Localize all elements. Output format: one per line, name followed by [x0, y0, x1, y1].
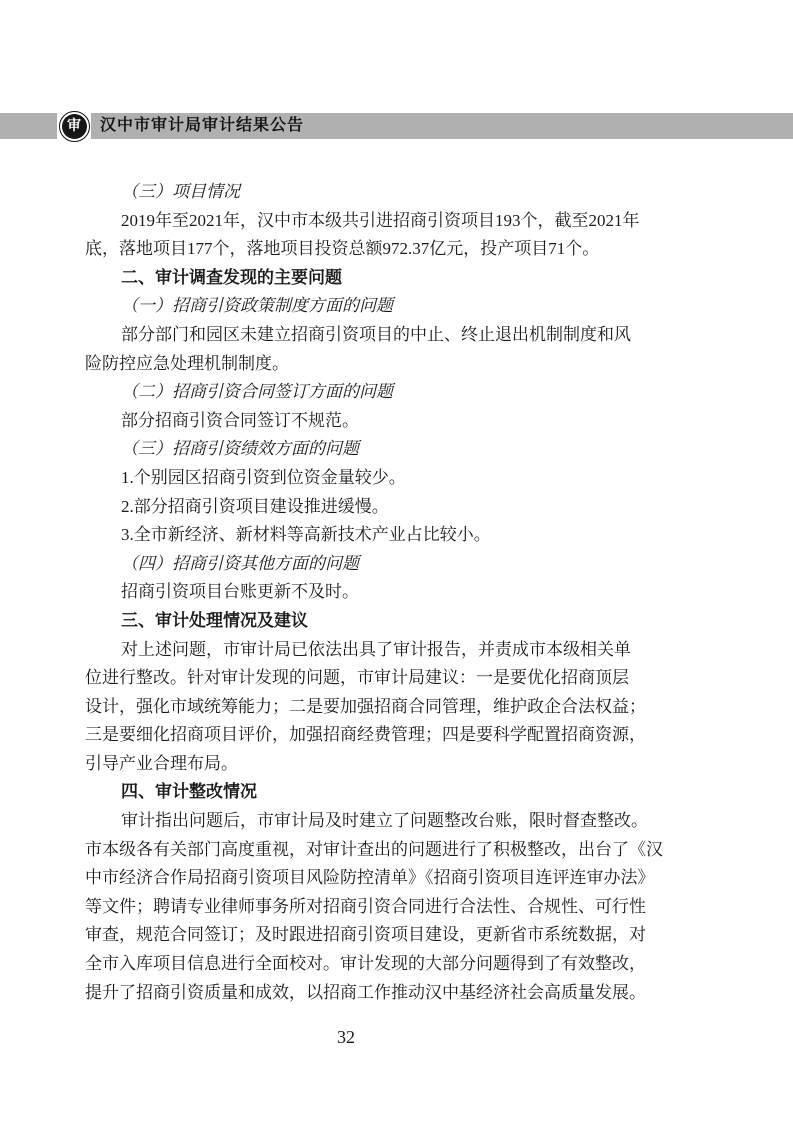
document-page: 审 汉中市审计局审计结果公告 （三）项目情况 2019年至2021年，汉中市本级… [0, 0, 793, 1122]
text-line: 等文件；聘请专业律师事务所对招商引资合同进行合法性、合规性、可行性 [85, 893, 607, 922]
text-line: 1.个别园区招商引资到位资金量较少。 [85, 464, 607, 493]
text-line: （三）招商引资绩效方面的问题 [85, 435, 607, 464]
text-line: 位进行整改。针对审计发现的问题，市审计局建议：一是要优化招商顶层 [85, 664, 607, 693]
text-line: （一）招商引资政策制度方面的问题 [85, 292, 607, 321]
section-heading: 二、审计调查发现的主要问题 [85, 264, 607, 293]
text-line: 中市经济合作局招商引资项目风险防控清单》《招商引资项目连评连审办法》 [85, 864, 607, 893]
text-line: 市本级各有关部门高度重视，对审计查出的问题进行了积极整改，出台了《汉 [85, 836, 607, 865]
text-line: 设计，强化市域统筹能力；二是要加强招商合同管理，维护政企合法权益； [85, 693, 607, 722]
text-line: 对上述问题，市审计局已依法出具了审计报告，并责成市本级相关单 [85, 636, 607, 665]
text-line: 3.全市新经济、新材料等高新技术产业占比较小。 [85, 521, 607, 550]
header-bar: 审 汉中市审计局审计结果公告 [0, 113, 793, 139]
text-line: 2.部分招商引资项目建设推进缓慢。 [85, 493, 607, 522]
audit-seal-logo: 审 [57, 107, 91, 145]
text-line: （四）招商引资其他方面的问题 [85, 550, 607, 579]
text-line: 招商引资项目台账更新不及时。 [85, 578, 607, 607]
header-title: 汉中市审计局审计结果公告 [100, 113, 304, 139]
text-line: 底，落地项目177个，落地项目投资总额972.37亿元，投产项目71个。 [85, 235, 607, 264]
section-heading: 四、审计整改情况 [85, 778, 607, 807]
text-line: 引导产业合理布局。 [85, 750, 607, 779]
text-line: 2019年至2021年，汉中市本级共引进招商引资项目193个，截至2021年 [85, 207, 607, 236]
text-line: 审查，规范合同签订；及时跟进招商引资项目建设，更新省市系统数据，对 [85, 921, 607, 950]
text-line: 全市入库项目信息进行全面校对。审计发现的大部分问题得到了有效整改， [85, 950, 607, 979]
document-content: （三）项目情况 2019年至2021年，汉中市本级共引进招商引资项目193个，截… [85, 178, 607, 1007]
text-line: 部分招商引资合同签订不规范。 [85, 407, 607, 436]
seal-character-icon: 审 [62, 114, 87, 139]
page-number: 32 [85, 1027, 607, 1048]
section-heading: 三、审计处理情况及建议 [85, 607, 607, 636]
text-line: 三是要细化招商项目评价，加强招商经费管理；四是要科学配置招商资源， [85, 721, 607, 750]
text-line: 提升了招商引资质量和成效，以招商工作推动汉中基经济社会高质量发展。 [85, 979, 607, 1008]
text-line: （二）招商引资合同签订方面的问题 [85, 378, 607, 407]
text-line: 险防控应急处理机制制度。 [85, 350, 607, 379]
seal-ring-icon: 审 [59, 111, 90, 142]
text-line: 部分部门和园区未建立招商引资项目的中止、终止退出机制制度和风 [85, 321, 607, 350]
text-line: （三）项目情况 [85, 178, 607, 207]
text-line: 审计指出问题后，市审计局及时建立了问题整改台账，限时督查整改。 [85, 807, 607, 836]
